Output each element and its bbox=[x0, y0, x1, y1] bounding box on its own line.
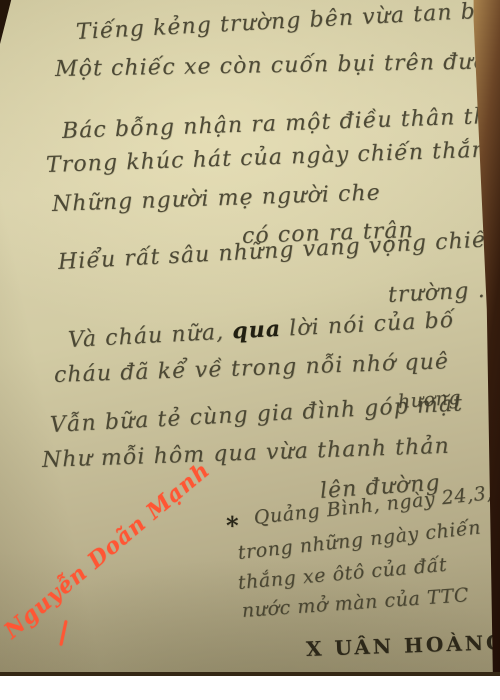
poem-line-5: Những người mẹ người che bbox=[52, 181, 382, 218]
red-owner-signature: Nguyễn Doãn Mạnh bbox=[0, 457, 215, 644]
poem-line-10: cháu đã kể về trong nỗi nhớ quê bbox=[54, 349, 450, 388]
book-page-dark-edge bbox=[470, 0, 500, 672]
notebook-page-photo: Tiếng kẻng trường bên vừa tan buổi học M… bbox=[0, 0, 500, 676]
poem-line-9-post: lời nói của bố bbox=[280, 308, 454, 342]
top-left-corner-shadow bbox=[0, 0, 16, 44]
poem-line-9-emphasis-word: qua bbox=[232, 316, 282, 345]
poem-line-9: Và cháu nữa, qua lời nói của bố bbox=[67, 308, 455, 354]
poem-line-13: Như mỗi hôm qua vừa thanh thản bbox=[42, 434, 451, 474]
red-ink-flourish-mark bbox=[59, 620, 67, 646]
poem-line-12: Vẫn bữa tẻ cùng gia đình góp mặt bbox=[49, 391, 463, 438]
poem-line-9-pre: Và cháu nữa, bbox=[67, 319, 233, 353]
author-signature: X UÂN HOÀNG bbox=[306, 631, 500, 661]
poem-line-8: trường . bbox=[387, 278, 486, 308]
poem-line-4: Trong khúc hát của ngày chiến thắng . bbox=[46, 137, 500, 179]
poem-line-2: Một chiếc xe còn cuốn bụi trên đường bbox=[55, 49, 500, 82]
poem-line-1: Tiếng kẻng trường bên vừa tan buổi học bbox=[75, 0, 500, 45]
poem-line-3: Bác bỗng nhận ra một điều thân thương bbox=[62, 102, 500, 144]
footnote-asterisk: * bbox=[226, 512, 239, 540]
